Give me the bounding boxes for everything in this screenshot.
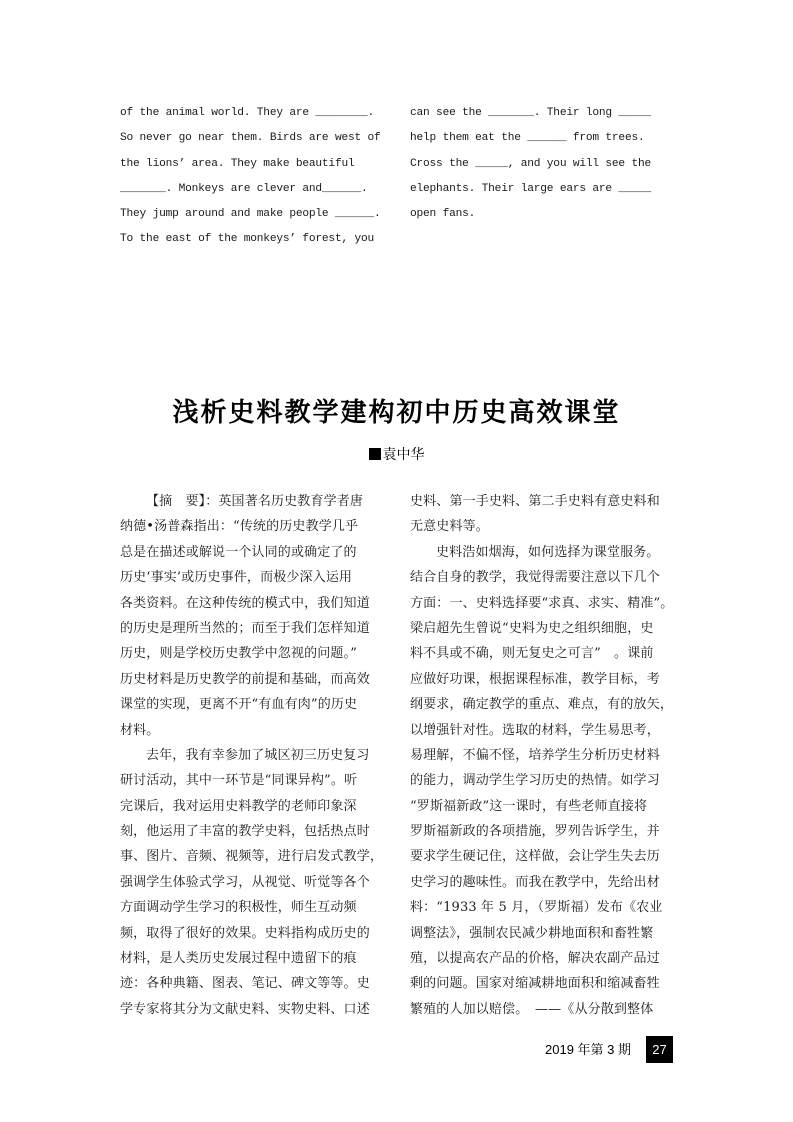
text-line: 去年，我有幸参加了城区初三历史复习 [120,743,392,768]
text-line: “罗斯福新政”这一课时，有些老师直接将 [410,794,682,819]
text-line: They jump around and make people ______. [120,202,390,227]
text-line: 频，取得了很好的效果。史料指构成历史的 [120,921,392,946]
author-name: 袁中华 [383,447,425,463]
text-line: 无意史料等。 [410,514,682,539]
text-line: 刻，他运用了丰富的教学史料，包括热点时 [120,819,392,844]
text-line: of the animal world. They are ________. [120,101,390,126]
article-author: 袁中华 [0,444,793,464]
article-title: 浅析史料教学建构初中历史高效课堂 [0,392,793,429]
text-line: 历史‘事实’或历史事件，而极少深入运用 [120,565,392,590]
article-right-column: 史料、第一手史料、第二手史料有意史料和无意史料等。史料浩如烟海，如何选择为课堂服… [410,489,682,1022]
text-line: 调整法》，强制农民减少耕地面积和畜牲繁 [410,921,682,946]
text-line: To the east of the monkeys’ forest, you [120,227,390,252]
text-line: 事、图片、音频、视频等，进行启发式教学， [120,844,392,869]
text-line: 梁启超先生曾说“史料为史之组织细胞，史 [410,616,682,641]
page-number: 27 [646,1036,673,1063]
text-line: 的能力，调动学生学习历史的热情。如学习 [410,768,682,793]
text-line: 方面：一、史料选择要“求真、求实、精准”。 [410,591,682,616]
text-line: 总是在描述或解说一个认同的或确定了的 [120,540,392,565]
text-line: 料：“1933 年 5 月，（罗斯福）发布《农业 [410,895,682,920]
text-line: 结合自身的教学，我觉得需要注意以下几个 [410,565,682,590]
english-right-column: can see the _______. Their long _____ he… [410,101,680,227]
text-line: the lions’ area. They make beautiful [120,152,390,177]
text-line: 史料、第一手史料、第二手史料有意史料和 [410,489,682,514]
text-line: 应做好功课，根据课程标准，教学目标，考 [410,667,682,692]
square-bullet-icon [369,448,381,460]
text-line: 以增强针对性。选取的材料，学生易思考， [410,718,682,743]
text-line: 料不具或不确，则无复史之可言” 。课前 [410,641,682,666]
text-line: 研讨活动，其中一环节是“同课异构”。听 [120,768,392,793]
text-line: 方面调动学生学习的积极性，师生互动频 [120,895,392,920]
text-line: 课堂的实现，更离不开“有血有肉”的历史 [120,692,392,717]
english-left-column: of the animal world. They are ________. … [120,101,390,253]
text-line: 史料浩如烟海，如何选择为课堂服务。 [410,540,682,565]
text-line: 完课后，我对运用史料教学的老师印象深 [120,794,392,819]
text-line: 要求学生硬记住，这样做，会让学生失去历 [410,844,682,869]
text-line: help them eat the ______ from trees. [410,126,680,151]
text-line: 迹：各种典籍、图表、笔记、碑文等等。史 [120,971,392,996]
text-line: 剩的问题。国家对缩减耕地面积和缩减畜牲 [410,971,682,996]
text-line: 纲要求，确定教学的重点、难点，有的放矢， [410,692,682,717]
text-line: 强调学生体验式学习，从视觉、听觉等各个 [120,870,392,895]
text-line: 材料，是人类历史发展过程中遗留下的痕 [120,946,392,971]
text-line: 各类资料。在这种传统的模式中，我们知道 [120,591,392,616]
text-line: 繁殖的人加以赔偿。 ——《从分散到整体 [410,997,682,1022]
article-left-column: 【摘 要】：英国著名历史教育学者唐纳德•汤普森指出：“传统的历史教学几乎总是在描… [120,489,392,1022]
text-line: 【摘 要】：英国著名历史教育学者唐 [120,489,392,514]
text-line: 学专家将其分为文献史料、实物史料、口述 [120,997,392,1022]
text-line: Cross the _____, and you will see the [410,152,680,177]
text-line: 纳德•汤普森指出：“传统的历史教学几乎 [120,514,392,539]
text-line: elephants. Their large ears are _____ [410,177,680,202]
text-line: 史学习的趣味性。而我在教学中，先给出材 [410,870,682,895]
text-line: So never go near them. Birds are west of [120,126,390,151]
issue-label: 2019 年第 3 期 [545,1039,631,1058]
text-line: can see the _______. Their long _____ [410,101,680,126]
text-line: open fans. [410,202,680,227]
text-line: 殖，以提高农产品的价格，解决农副产品过 [410,946,682,971]
text-line: 罗斯福新政的各项措施，罗列告诉学生，并 [410,819,682,844]
text-line: 材料。 [120,718,392,743]
text-line: 历史，则是学校历史教学中忽视的问题。” [120,641,392,666]
text-line: 的历史是理所当然的；而至于我们怎样知道 [120,616,392,641]
text-line: _______. Monkeys are clever and______. [120,177,390,202]
text-line: 易理解，不偏不怪，培养学生分析历史材料 [410,743,682,768]
text-line: 历史材料是历史教学的前提和基础，而高效 [120,667,392,692]
